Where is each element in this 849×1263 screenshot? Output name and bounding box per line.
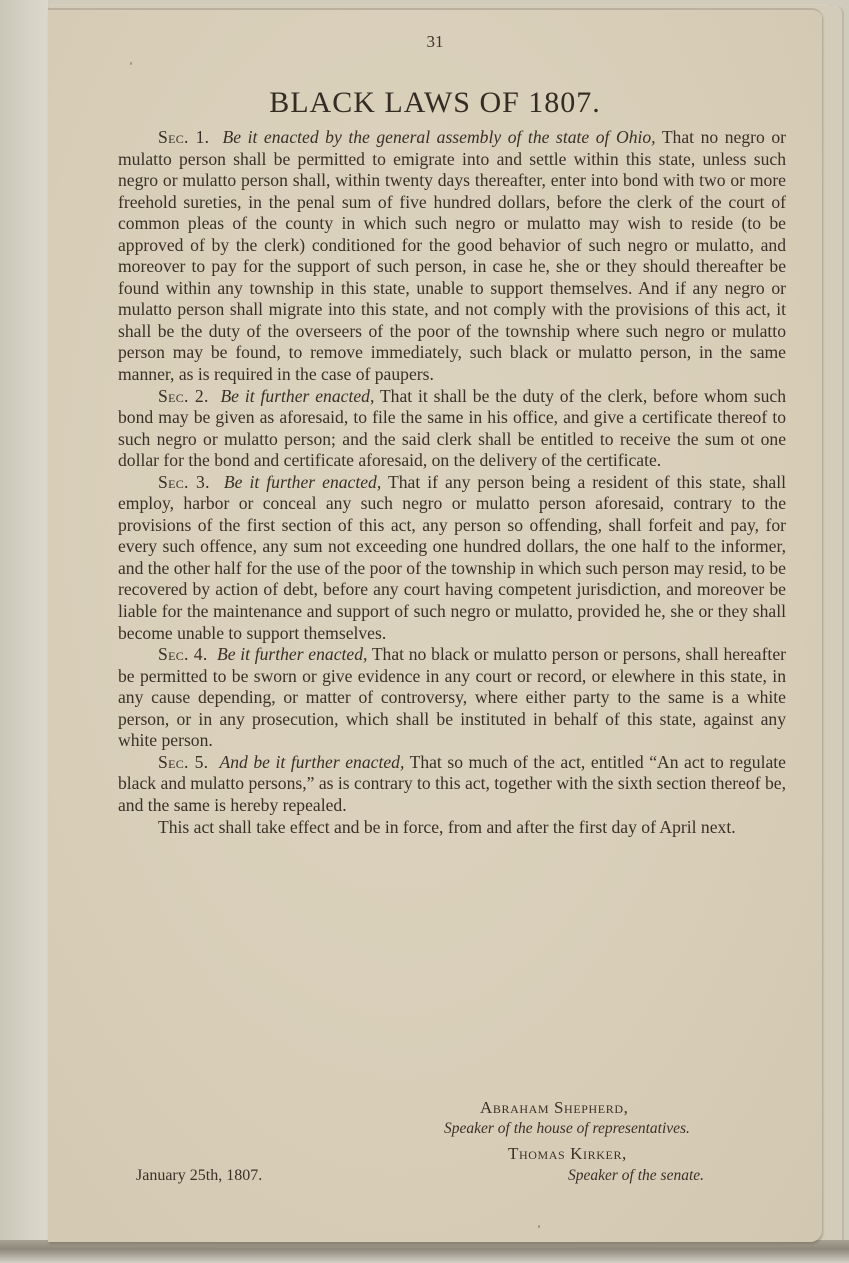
- enacting-clause: Be it further enacted,: [220, 386, 374, 406]
- paper-speck: [130, 62, 132, 65]
- scan-backdrop-bottom: [0, 1240, 849, 1263]
- page-number: 31: [48, 32, 822, 52]
- section-label: Sec. 4.: [158, 644, 208, 664]
- enactment-date: January 25th, 1807.: [136, 1167, 262, 1185]
- section-text: That it shall be the duty of the clerk, …: [118, 386, 786, 471]
- scan-backdrop-left: [0, 0, 48, 1263]
- section-1: Sec. 1. Be it enacted by the general ass…: [118, 127, 786, 386]
- document-body: Sec. 1. Be it enacted by the general ass…: [118, 127, 786, 838]
- section-4: Sec. 4. Be it further enacted, That no b…: [118, 644, 786, 752]
- section-label: Sec. 2.: [158, 386, 209, 406]
- signatory-title-senate: Speaker of the senate.: [568, 1167, 704, 1185]
- section-label: Sec. 5.: [158, 752, 208, 772]
- page-title: BLACK LAWS OF 1807.: [48, 86, 822, 120]
- signature-block: Abraham Shepherd, Speaker of the house o…: [48, 1098, 822, 1198]
- paper-speck: [538, 1225, 540, 1228]
- signatory-name-shepherd: Abraham Shepherd,: [480, 1098, 628, 1118]
- section-text: That if any person being a resident of t…: [118, 472, 786, 643]
- document-page: 31 BLACK LAWS OF 1807. Sec. 1. Be it ena…: [48, 8, 822, 1242]
- enacting-clause: Be it further enacted,: [217, 644, 367, 664]
- enacting-clause: Be it further enacted,: [224, 472, 381, 492]
- section-label: Sec. 3.: [158, 472, 210, 492]
- section-text: That no negro or mulatto person shall be…: [118, 127, 786, 384]
- enacting-clause: Be it enacted by the general assembly of…: [222, 127, 655, 147]
- section-5: Sec. 5. And be it further enacted, That …: [118, 752, 786, 817]
- section-label: Sec. 1.: [158, 127, 209, 147]
- section-2: Sec. 2. Be it further enacted, That it s…: [118, 386, 786, 472]
- closing-clause: This act shall take effect and be in for…: [118, 817, 786, 839]
- signatory-title-house: Speaker of the house of representatives.: [444, 1120, 690, 1138]
- enacting-clause: And be it further enacted,: [219, 752, 404, 772]
- signatory-name-kirker: Thomas Kirker,: [508, 1144, 627, 1164]
- section-3: Sec. 3. Be it further enacted, That if a…: [118, 472, 786, 644]
